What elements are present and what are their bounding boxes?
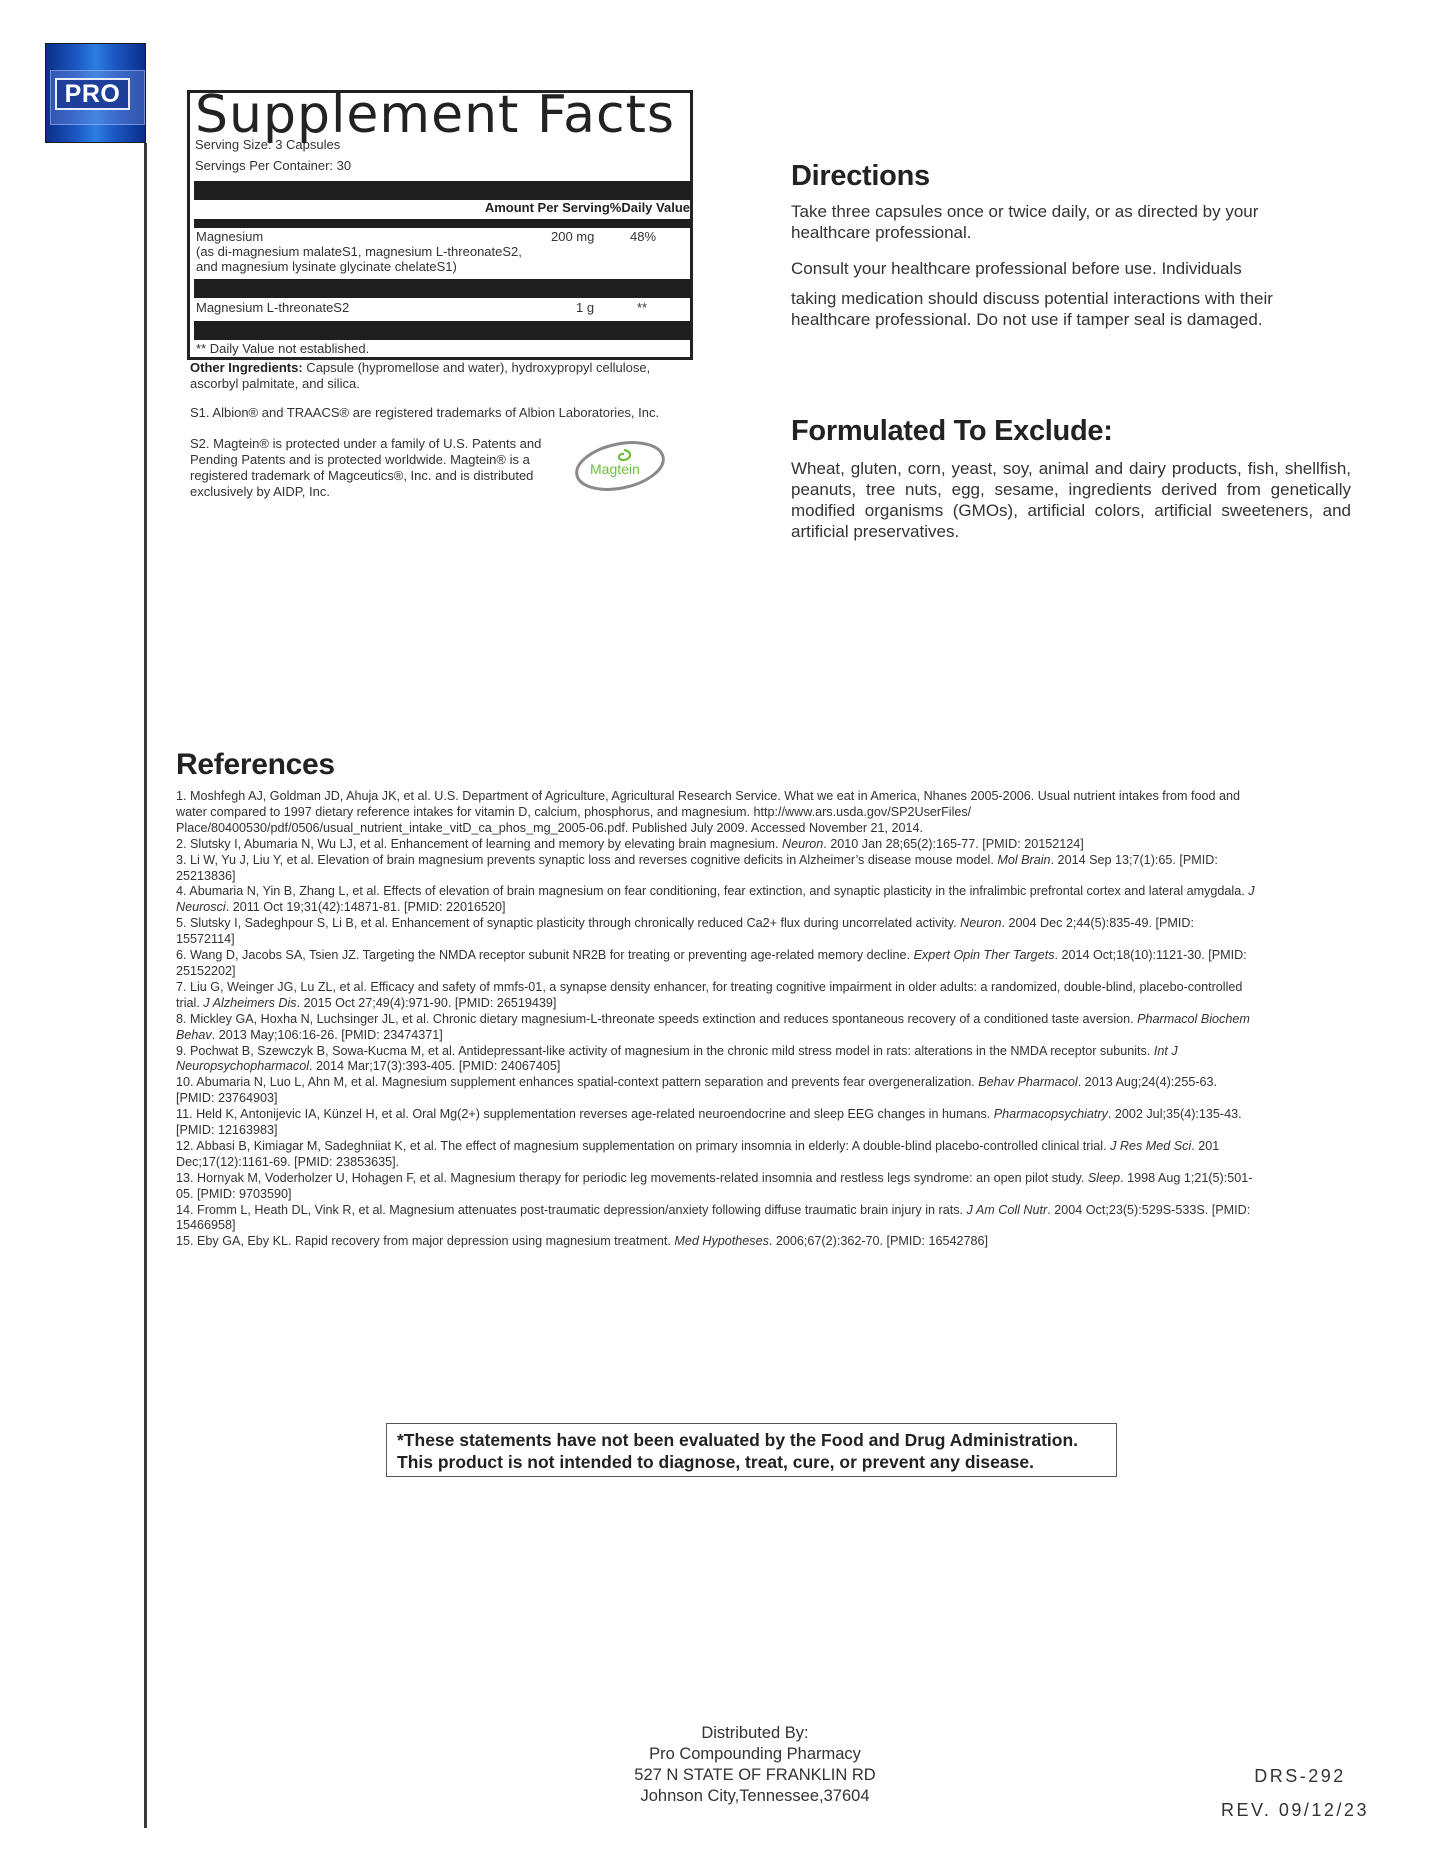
serving-size: Serving Size: 3 Capsules: [195, 137, 340, 152]
reference-text: 6. Wang D, Jacobs SA, Tsien JZ. Targetin…: [176, 948, 914, 962]
reference-journal: Sleep: [1088, 1171, 1120, 1185]
reference-item: 6. Wang D, Jacobs SA, Tsien JZ. Targetin…: [176, 948, 1256, 980]
reference-citation: . 2006;67(2):362-70. [PMID: 16542786]: [769, 1234, 988, 1248]
facts-divider-bar: [194, 279, 690, 298]
facts-column-header: Amount Per Serving%Daily Value: [485, 200, 690, 215]
facts-divider-bar: [194, 181, 690, 200]
trademark-note-s2: S2. Magtein® is protected under a family…: [190, 436, 585, 500]
facts-row-amount: 1 g: [576, 300, 594, 315]
reference-item: 14. Fromm L, Heath DL, Vink R, et al. Ma…: [176, 1203, 1256, 1235]
reference-item: 9. Pochwat B, Szewczyk B, Sowa-Kucma M, …: [176, 1044, 1256, 1076]
facts-row-name: Magnesium (as di-magnesium malateS1, mag…: [196, 229, 522, 274]
facts-row-daily-value: 48%: [630, 229, 656, 244]
fda-disclaimer: *These statements have not been evaluate…: [386, 1423, 1117, 1477]
reference-journal: Pharmacopsychiatry: [994, 1107, 1108, 1121]
reference-text: 9. Pochwat B, Szewczyk B, Sowa-Kucma M, …: [176, 1044, 1154, 1058]
reference-journal: Neuron: [960, 916, 1001, 930]
reference-item: 1. Moshfegh AJ, Goldman JD, Ahuja JK, et…: [176, 789, 1256, 837]
reference-citation: . 2015 Oct 27;49(4):971-90. [PMID: 26519…: [297, 996, 557, 1010]
reference-item: 5. Slutsky I, Sadeghpour S, Li B, et al.…: [176, 916, 1256, 948]
reference-text: 12. Abbasi B, Kimiagar M, Sadeghniiat K,…: [176, 1139, 1110, 1153]
distributor-label: Distributed By:: [600, 1723, 910, 1744]
other-ingredients: Other Ingredients: Capsule (hypromellose…: [190, 360, 700, 392]
reference-journal: J Res Med Sci: [1110, 1139, 1191, 1153]
reference-item: 10. Abumaria N, Luo L, Ahn M, et al. Mag…: [176, 1075, 1256, 1107]
facts-divider-bar: [194, 321, 690, 340]
reference-item: 15. Eby GA, Eby KL. Rapid recovery from …: [176, 1234, 1256, 1250]
reference-journal: J Am Coll Nutr: [967, 1203, 1048, 1217]
trademark-note-s1: S1. Albion® and TRAACS® are registered t…: [190, 405, 659, 421]
other-ingredients-label: Other Ingredients:: [190, 360, 303, 375]
reference-journal: Neuron: [782, 837, 823, 851]
logo-text: PRO: [55, 78, 130, 110]
reference-item: 7. Liu G, Weinger JG, Lu ZL, et al. Effi…: [176, 980, 1256, 1012]
distributor-address: 527 N STATE OF FRANKLIN RD: [600, 1765, 910, 1786]
reference-citation: . 2013 May;106:16-26. [PMID: 23474371]: [212, 1028, 443, 1042]
magtein-logo: Magtein: [572, 436, 669, 494]
ingredient-name: Magnesium: [196, 229, 522, 244]
directions-heading: Directions: [791, 160, 930, 193]
reference-journal: Behav Pharmacol: [978, 1075, 1077, 1089]
reference-text: 13. Hornyak M, Voderholzer U, Hohagen F,…: [176, 1171, 1088, 1185]
reference-text: 2. Slutsky I, Abumaria N, Wu LJ, et al. …: [176, 837, 782, 851]
references-list: 1. Moshfegh AJ, Goldman JD, Ahuja JK, et…: [176, 789, 1256, 1250]
distributor-name: Pro Compounding Pharmacy: [600, 1744, 910, 1765]
ingredient-detail: (as di-magnesium malateS1, magnesium L-t…: [196, 244, 522, 259]
facts-row-daily-value: **: [637, 300, 647, 315]
svg-text:Magtein: Magtein: [590, 461, 640, 477]
supplement-facts-panel: Supplement Facts Serving Size: 3 Capsule…: [187, 90, 693, 360]
reference-text: 3. Li W, Yu J, Liu Y, et al. Elevation o…: [176, 853, 997, 867]
reference-item: 12. Abbasi B, Kimiagar M, Sadeghniiat K,…: [176, 1139, 1256, 1171]
supplement-facts-title: Supplement Facts: [195, 85, 675, 145]
revision-date: REV. 09/12/23: [1195, 1800, 1395, 1821]
reference-item: 2. Slutsky I, Abumaria N, Wu LJ, et al. …: [176, 837, 1256, 853]
directions-text: Take three capsules once or twice daily,…: [791, 201, 1311, 243]
directions-warning-1: Consult your healthcare professional bef…: [791, 258, 1321, 279]
disclaimer-line-2: This product is not intended to diagnose…: [397, 1451, 1116, 1473]
directions-warning-2: taking medication should discuss potenti…: [791, 288, 1311, 330]
reference-journal: Med Hypotheses: [674, 1234, 769, 1248]
exclusions-heading: Formulated To Exclude:: [791, 415, 1113, 448]
reference-text: 4. Abumaria N, Yin B, Zhang L, et al. Ef…: [176, 884, 1248, 898]
facts-divider-bar: [194, 219, 690, 228]
references-heading: References: [176, 748, 335, 782]
exclusions-text: Wheat, gluten, corn, yeast, soy, animal …: [791, 458, 1351, 542]
reference-text: 15. Eby GA, Eby KL. Rapid recovery from …: [176, 1234, 674, 1248]
reference-text: 10. Abumaria N, Luo L, Ahn M, et al. Mag…: [176, 1075, 978, 1089]
facts-row-amount: 200 mg: [551, 229, 594, 244]
document-code: DRS-292: [1220, 1766, 1380, 1787]
distributor-block: Distributed By: Pro Compounding Pharmacy…: [600, 1723, 910, 1807]
distributor-city: Johnson City,Tennessee,37604: [600, 1786, 910, 1807]
reference-text: 5. Slutsky I, Sadeghpour S, Li B, et al.…: [176, 916, 960, 930]
reference-text: 11. Held K, Antonijevic IA, Künzel H, et…: [176, 1107, 994, 1121]
reference-item: 8. Mickley GA, Hoxha N, Luchsinger JL, e…: [176, 1012, 1256, 1044]
reference-journal: Mol Brain: [997, 853, 1050, 867]
reference-citation: . 2014 Mar;17(3):393-405. [PMID: 2406740…: [309, 1059, 560, 1073]
reference-item: 4. Abumaria N, Yin B, Zhang L, et al. Ef…: [176, 884, 1256, 916]
facts-footnote: ** Daily Value not established.: [196, 341, 369, 356]
reference-journal: J Alzheimers Dis: [203, 996, 296, 1010]
reference-item: 3. Li W, Yu J, Liu Y, et al. Elevation o…: [176, 853, 1256, 885]
reference-citation: . 2011 Oct 19;31(42):14871-81. [PMID: 22…: [226, 900, 506, 914]
ingredient-detail: and magnesium lysinate glycinate chelate…: [196, 259, 522, 274]
reference-item: 13. Hornyak M, Voderholzer U, Hohagen F,…: [176, 1171, 1256, 1203]
servings-per-container: Servings Per Container: 30: [195, 158, 351, 173]
facts-row-name: Magnesium L-threonateS2: [196, 300, 349, 315]
magtein-swirl-icon: Magtein: [572, 436, 669, 494]
reference-text: 8. Mickley GA, Hoxha N, Luchsinger JL, e…: [176, 1012, 1137, 1026]
reference-journal: Expert Opin Ther Targets: [914, 948, 1055, 962]
reference-citation: . 2010 Jan 28;65(2):165-77. [PMID: 20152…: [823, 837, 1083, 851]
left-rule: [144, 143, 147, 1828]
reference-text: 1. Moshfegh AJ, Goldman JD, Ahuja JK, et…: [176, 789, 1240, 835]
reference-item: 11. Held K, Antonijevic IA, Künzel H, et…: [176, 1107, 1256, 1139]
reference-text: 14. Fromm L, Heath DL, Vink R, et al. Ma…: [176, 1203, 967, 1217]
pro-logo: PRO: [45, 43, 146, 143]
disclaimer-line-1: *These statements have not been evaluate…: [397, 1429, 1116, 1451]
